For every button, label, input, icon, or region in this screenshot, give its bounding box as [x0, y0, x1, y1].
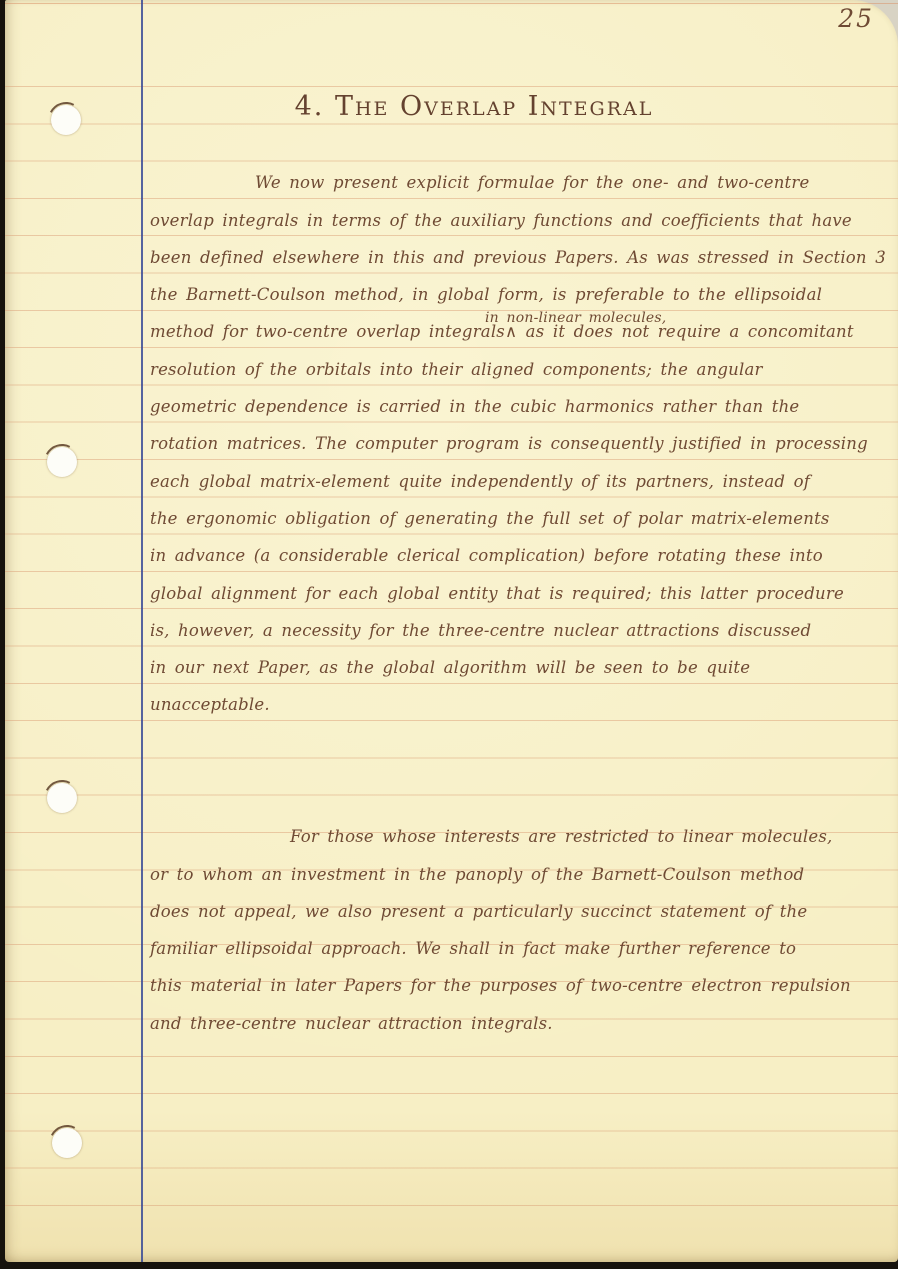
- handwritten-line-with-insertion: method for two-centre overlap integrals∧…: [150, 309, 798, 346]
- handwritten-line: For those whose interests are restricted…: [150, 814, 798, 851]
- punch-hole: [52, 1128, 82, 1158]
- handwritten-line: in our next Paper, as the global algorit…: [150, 645, 798, 682]
- punch-hole: [47, 783, 77, 813]
- handwritten-line: is, however, a necessity for the three-c…: [150, 608, 798, 645]
- handwritten-line: or to whom an investment in the panoply …: [150, 851, 798, 888]
- punch-hole: [51, 105, 81, 135]
- handwritten-line: in advance (a considerable clerical comp…: [150, 533, 798, 570]
- handwritten-line: and three-centre nuclear attraction inte…: [150, 1000, 798, 1037]
- handwritten-line: geometric dependence is carried in the c…: [150, 384, 798, 421]
- punch-hole: [47, 447, 77, 477]
- handwritten-line: the Barnett-Coulson method, in global fo…: [150, 272, 798, 309]
- handwritten-line: does not appeal, we also present a parti…: [150, 889, 798, 926]
- margin-line: [141, 0, 143, 1262]
- page-number: 25: [838, 4, 874, 33]
- handwritten-line: been defined elsewhere in this and previ…: [150, 235, 798, 272]
- section-heading: 4. The Overlap Integral: [150, 85, 798, 123]
- handwritten-line: resolution of the orbitals into their al…: [150, 346, 798, 383]
- handwritten-line: overlap integrals in terms of the auxili…: [150, 197, 798, 234]
- paragraph-1: We now present explicit formulae for the…: [150, 160, 798, 719]
- handwritten-line: global alignment for each global entity …: [150, 570, 798, 607]
- handwritten-line: this material in later Papers for the pu…: [150, 963, 798, 1000]
- paragraph-2: For those whose interests are restricted…: [150, 814, 798, 1038]
- handwritten-line: the ergonomic obligation of generating t…: [150, 496, 798, 533]
- scan-background: 25 4. The Overlap Integral We now presen…: [0, 0, 898, 1269]
- handwritten-line: rotation matrices. The computer program …: [150, 421, 798, 458]
- ruled-line-top: [5, 3, 898, 4]
- handwritten-line: familiar ellipsoidal approach. We shall …: [150, 926, 798, 963]
- handwritten-line: unacceptable.: [150, 682, 798, 719]
- handwritten-line: We now present explicit formulae for the…: [150, 160, 798, 197]
- handwritten-line: each global matrix-element quite indepen…: [150, 458, 798, 495]
- interline-insertion: in non-linear molecules,: [485, 310, 666, 326]
- notebook-page: 25 4. The Overlap Integral We now presen…: [5, 0, 898, 1262]
